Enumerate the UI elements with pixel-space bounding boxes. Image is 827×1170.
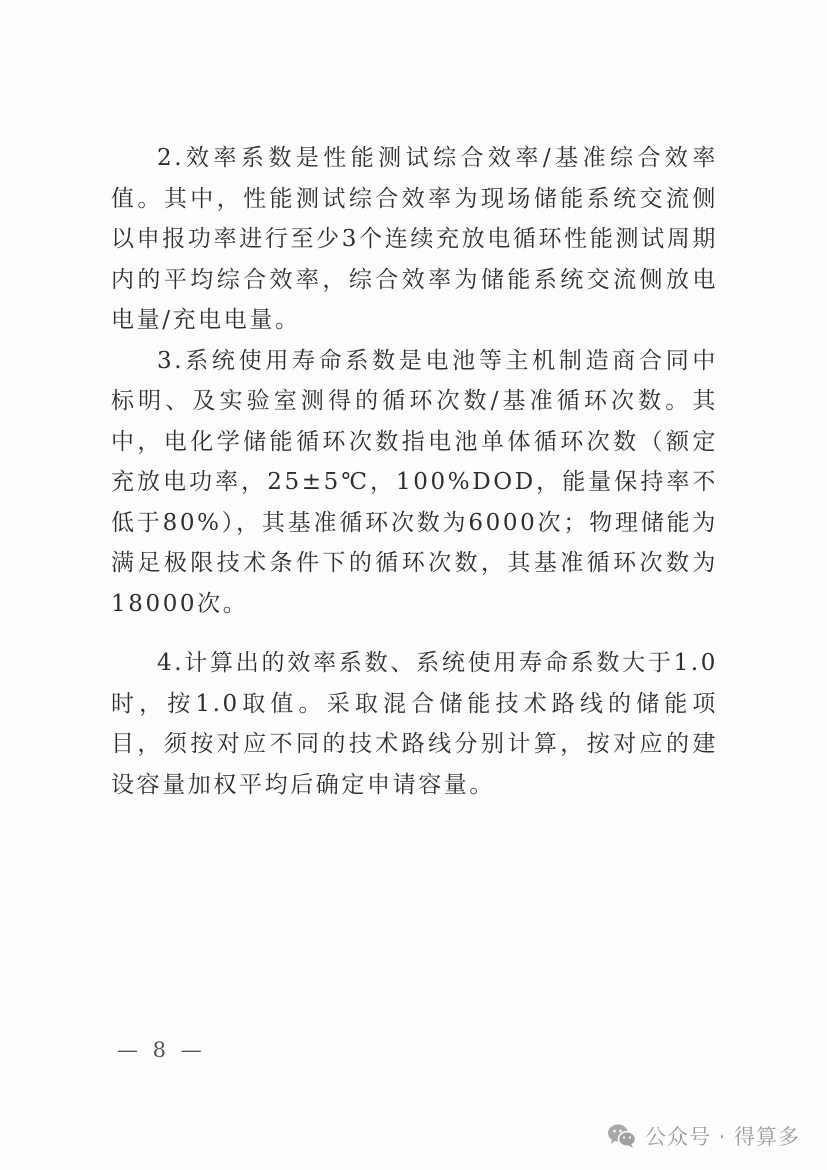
page-number: — 8 — [117, 1038, 206, 1062]
paragraph-3-service-life-coefficient: 3.系统使用寿命系数是电池等主机制造商合同中标明、及实验室测得的循环次数/基准循… [111, 341, 718, 625]
paragraph-4-value-rules: 4.计算出的效率系数、系统使用寿命系数大于1.0时，按1.0取值。采取混合储能技… [111, 643, 718, 805]
watermark: 公众号 · 得算多 [607, 1121, 800, 1151]
watermark-text: 公众号 · 得算多 [645, 1121, 800, 1151]
paragraph-2-efficiency-coefficient: 2.效率系数是性能测试综合效率/基准综合效率值。其中，性能测试综合效率为现场储能… [111, 138, 718, 341]
document-body: 2.效率系数是性能测试综合效率/基准综合效率值。其中，性能测试综合效率为现场储能… [111, 138, 718, 805]
wechat-icon [607, 1123, 637, 1149]
